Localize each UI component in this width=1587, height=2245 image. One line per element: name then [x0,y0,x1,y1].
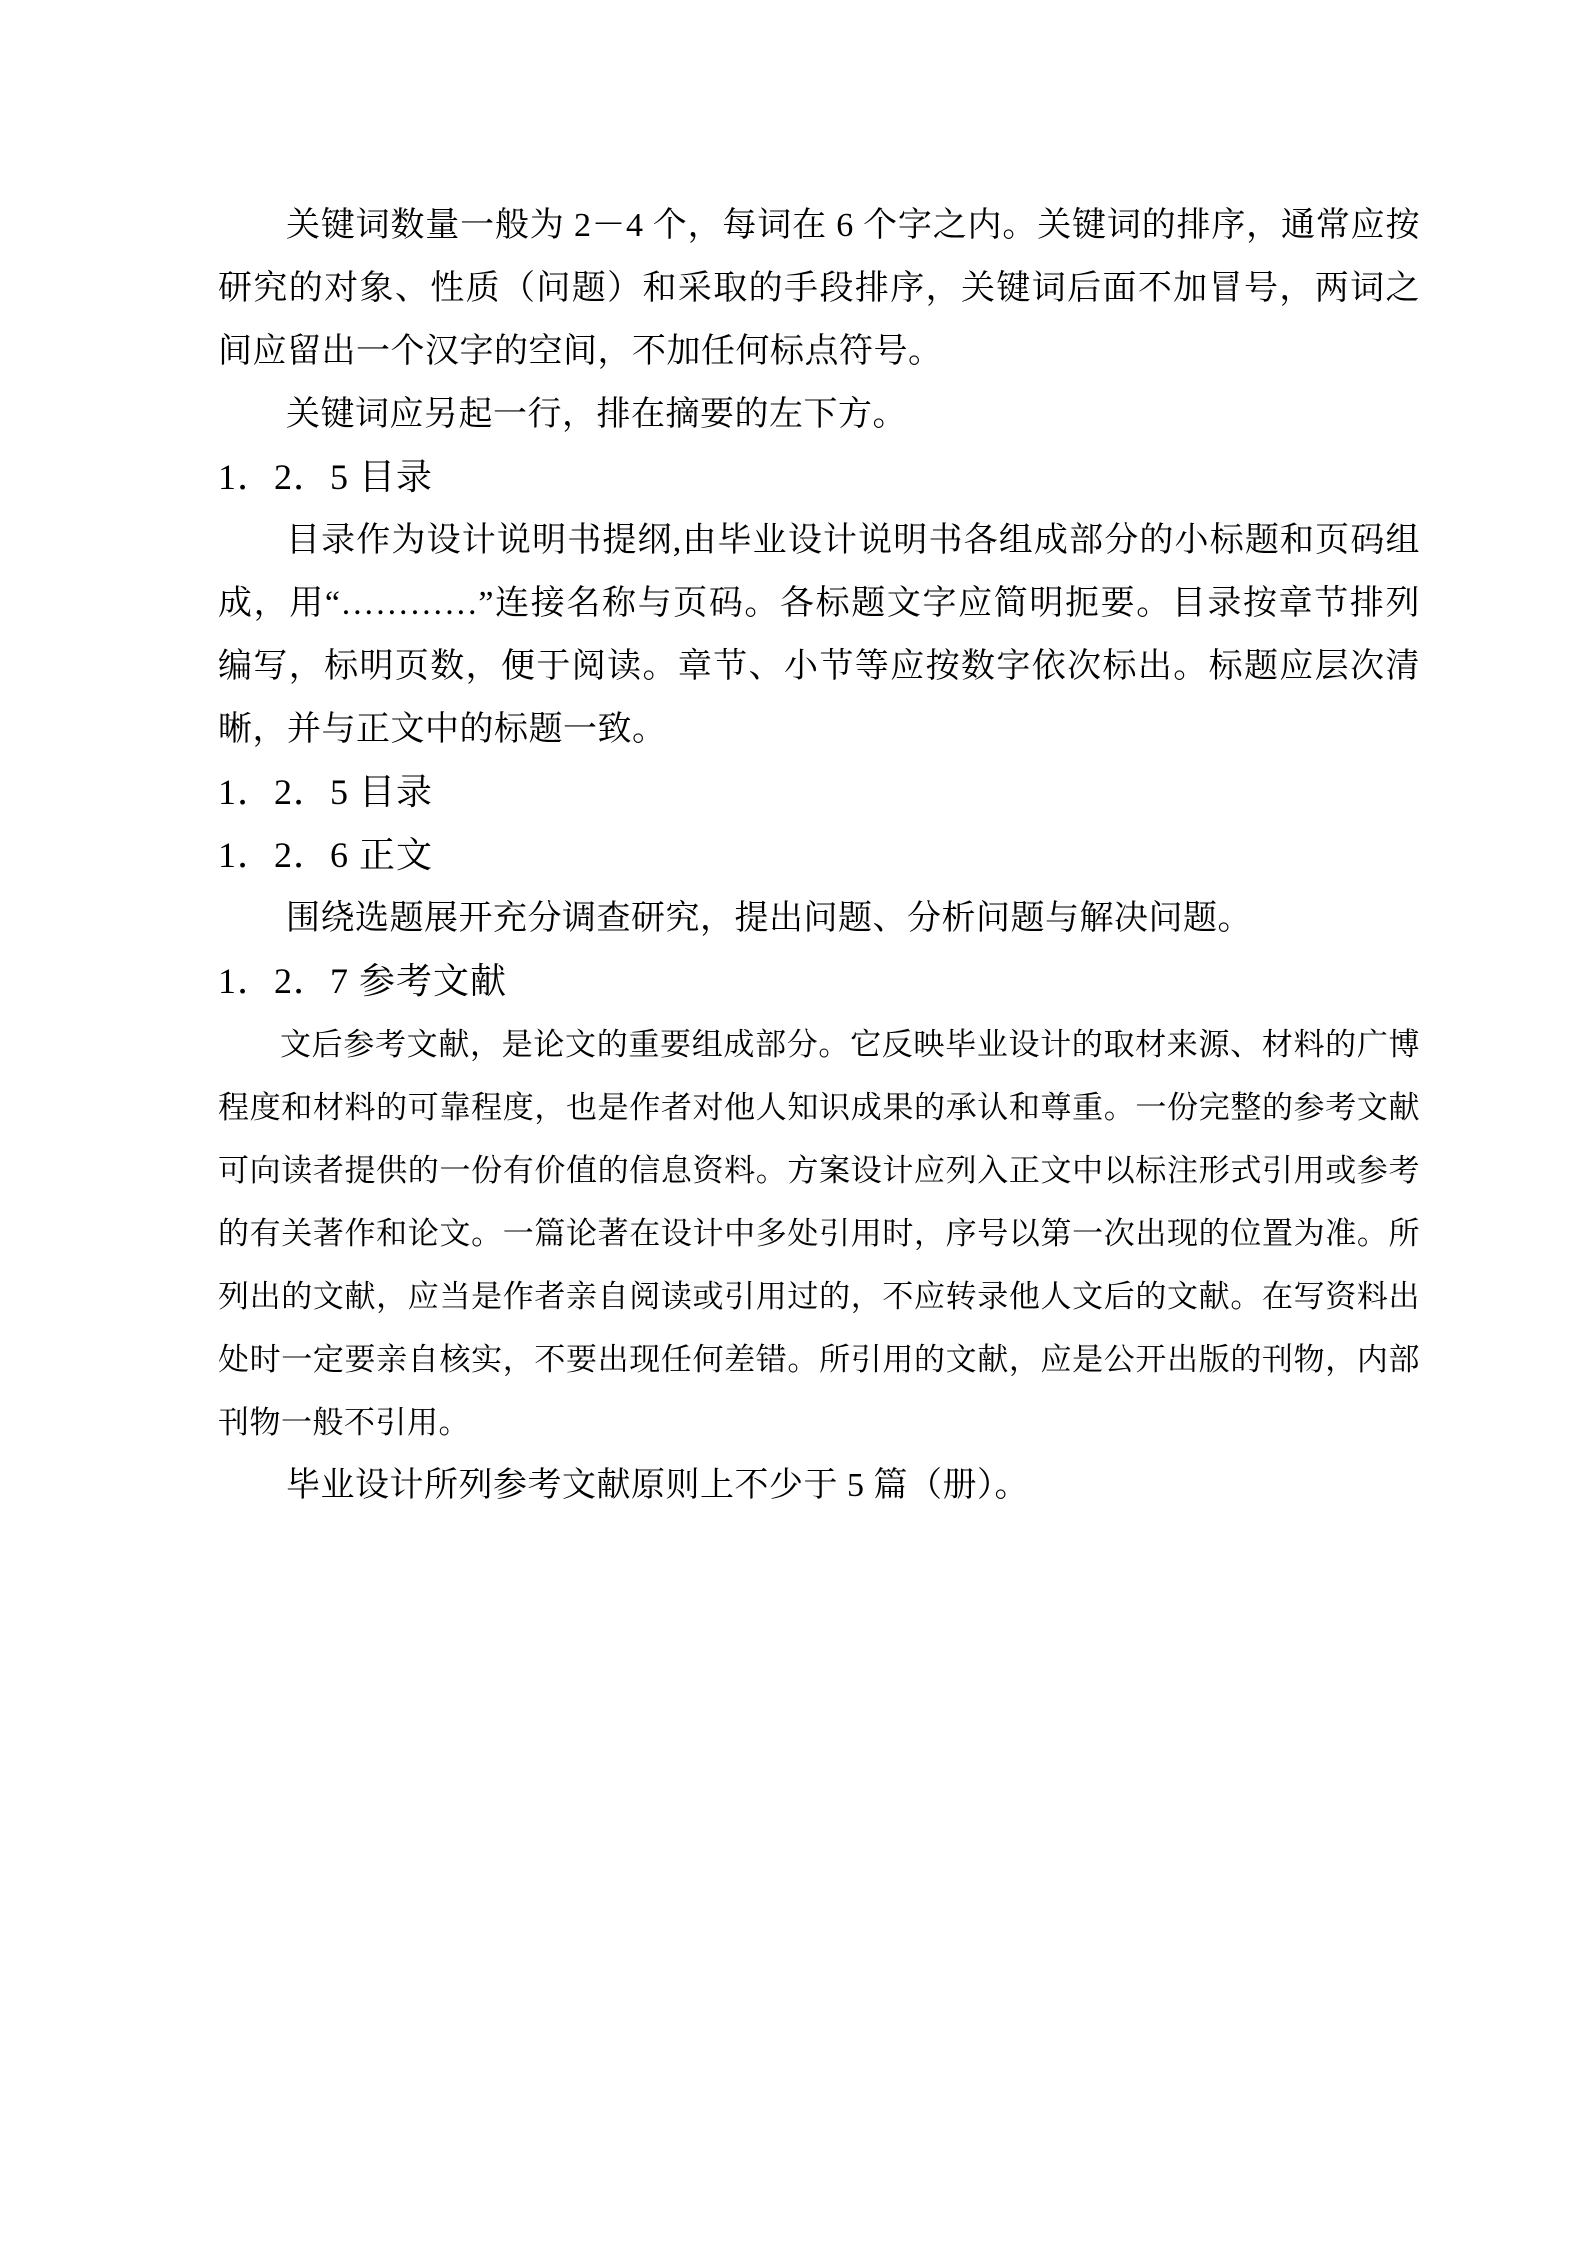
section-heading: 1．2．6 正文 [218,824,1420,887]
paragraph: 围绕选题展开充分调查研究，提出问题、分析问题与解决问题。 [218,887,1420,950]
paragraph: 毕业设计所列参考文献原则上不少于 5 篇（册）。 [218,1454,1420,1517]
document-content: 关键词数量一般为 2－4 个，每词在 6 个字之内。关键词的排序，通常应按研究的… [218,194,1420,1517]
paragraph: 目录作为设计说明书提纲,由毕业设计说明书各组成部分的小标题和页码组成，用“………… [218,509,1420,761]
section-heading: 1．2．5 目录 [218,446,1420,509]
paragraph: 文后参考文献，是论文的重要组成部分。它反映毕业设计的取材来源、材料的广博程度和材… [218,1013,1420,1454]
paragraph: 关键词数量一般为 2－4 个，每词在 6 个字之内。关键词的排序，通常应按研究的… [218,194,1420,383]
document-page: 关键词数量一般为 2－4 个，每词在 6 个字之内。关键词的排序，通常应按研究的… [0,0,1587,2245]
section-heading: 1．2．5 目录 [218,761,1420,824]
paragraph: 关键词应另起一行，排在摘要的左下方。 [218,383,1420,446]
section-heading: 1．2．7 参考文献 [218,950,1420,1013]
